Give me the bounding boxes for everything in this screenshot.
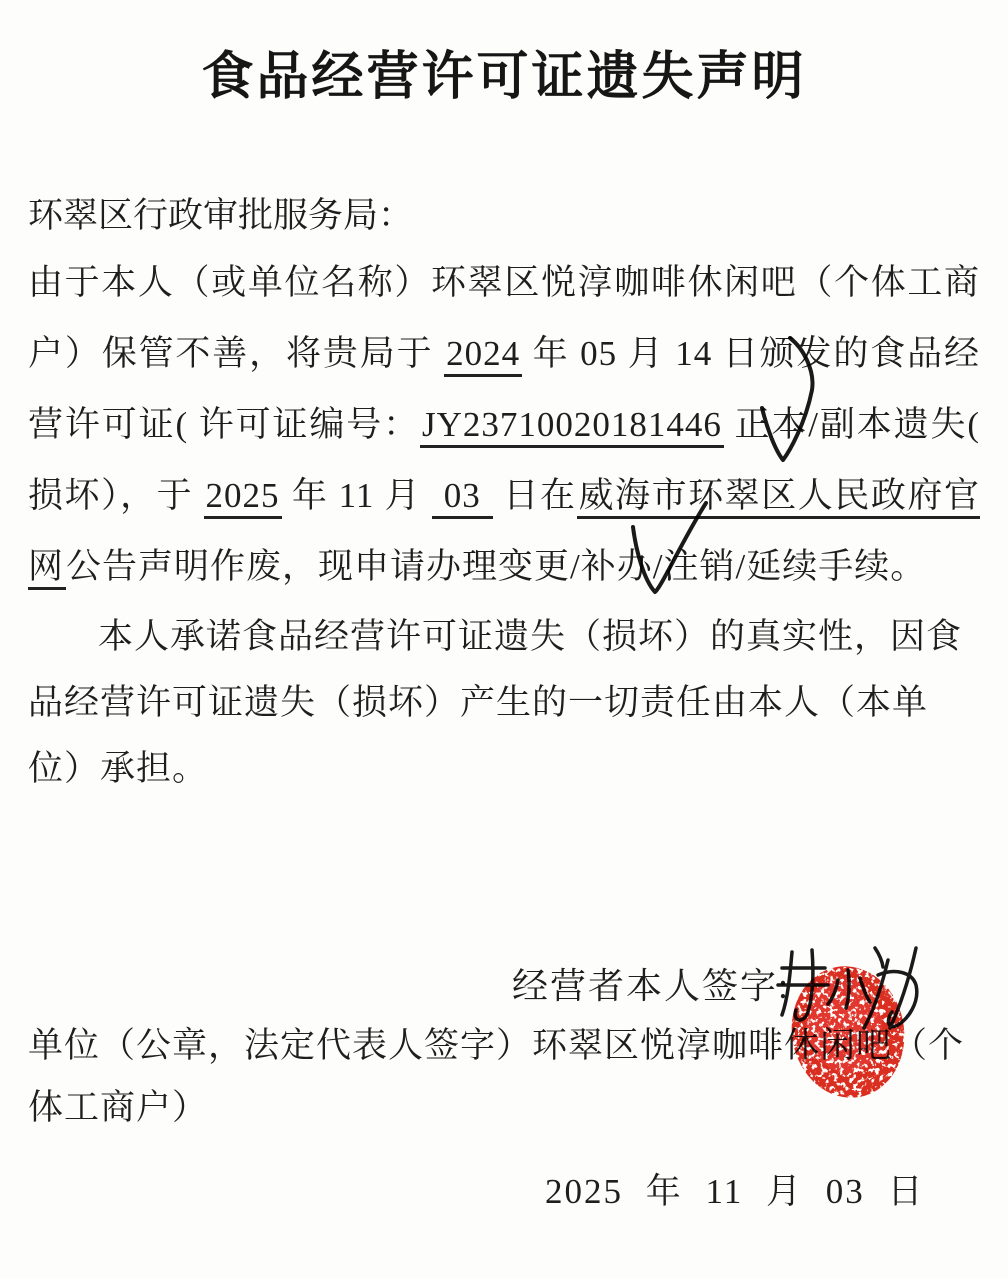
text-segment: 公告声明作废，现申请办理变更/补办/注销/延续手续。 <box>66 547 926 586</box>
body-paragraph-1: 由于本人（或单位名称）环翠区悦淳咖啡休闲吧（个体工商户）保管不善，将贵局于 20… <box>28 247 980 602</box>
document-sheet: 食品经营许可证遗失声明 环翠区行政审批服务局： 由于本人（或单位名称）环翠区悦淳… <box>0 0 1008 1279</box>
filled-field-notice-day: 03 <box>432 476 494 519</box>
filled-field-issue-year: 2024 <box>444 334 522 377</box>
filled-field-license-number: JY23710020181446 <box>420 405 724 448</box>
date-line: 2025 年 11 月 03 日 <box>545 1164 924 1214</box>
unit-seal-line: 单位（公章，法定代表人签字）环翠区悦淳咖啡休闲吧（个体工商户） <box>28 1015 980 1139</box>
operator-signature-line: 经营者本人签字: <box>512 958 790 1009</box>
document-title: 食品经营许可证遗失声明 <box>0 34 1008 109</box>
body-paragraph-2: 本人承诺食品经营许可证遗失（损坏）的真实性，因食品经营许可证遗失（损坏）产生的一… <box>28 604 980 802</box>
signature-label: 经营者本人签字: <box>512 966 790 1006</box>
filled-field-notice-year: 2025 <box>204 476 282 519</box>
salutation-line: 环翠区行政审批服务局： <box>28 194 413 238</box>
text-segment: 日在 <box>493 476 576 515</box>
text-segment: 年 11 月 <box>282 476 432 515</box>
